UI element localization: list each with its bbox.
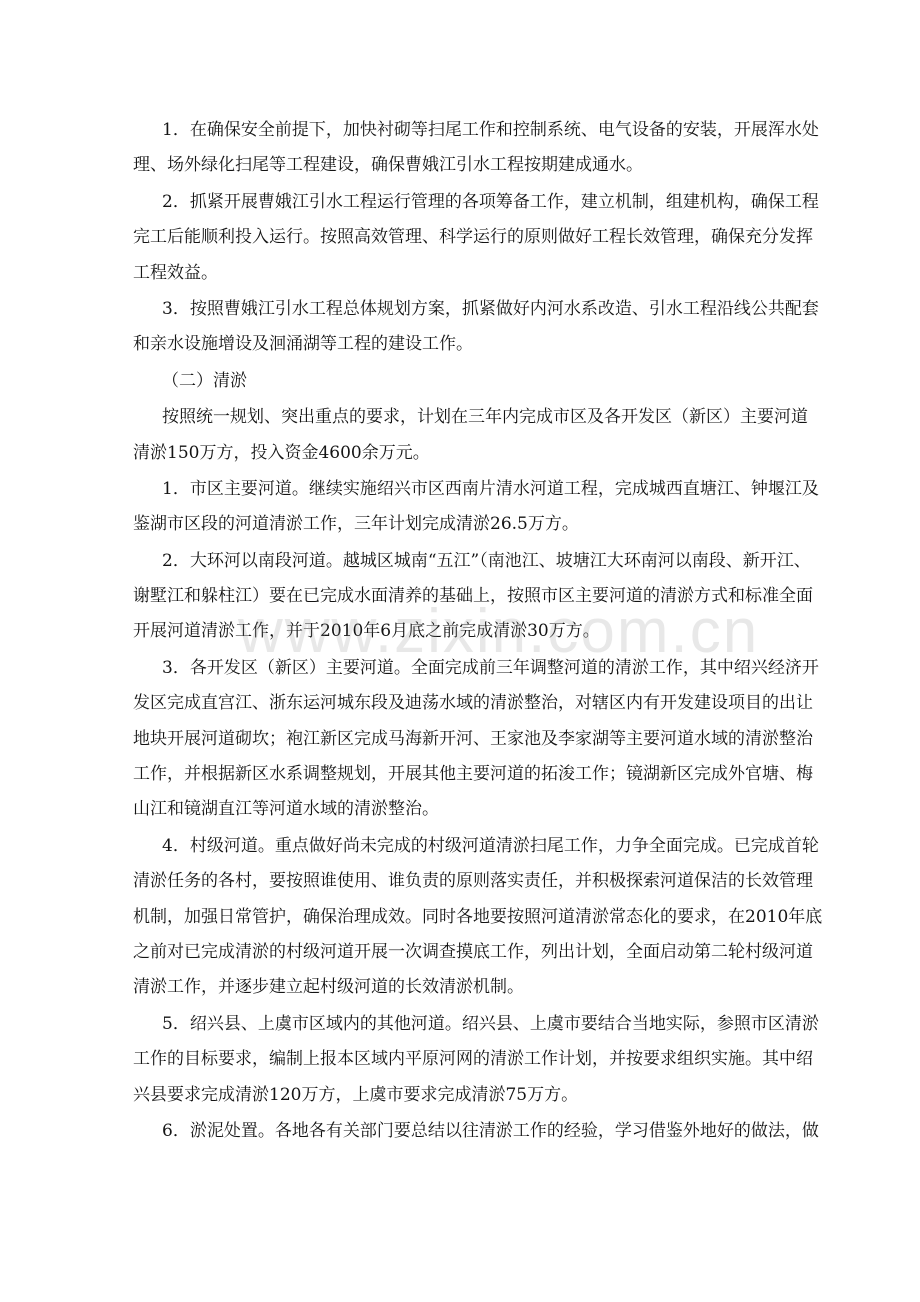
text-line: 3．各开发区（新区）主要河道。全面完成前三年调整河道的清淤工作，其中绍兴经济开 (133, 651, 784, 686)
text-line: 完工后能顺利投入运行。按照高效管理、科学运行的原则做好工程长效管理，确保充分发挥 (133, 220, 784, 255)
text-line: 鉴湖市区段的河道清淤工作，三年计划完成清淤26.5万方。 (133, 507, 784, 542)
text-line: 之前对已完成清淤的村级河道开展一次调查摸底工作，列出计划，全面启动第二轮村级河道 (133, 935, 784, 970)
text-line: 5．绍兴县、上虞市区域内的其他河道。绍兴县、上虞市要结合当地实际，参照市区清淤 (133, 1007, 784, 1042)
paragraph-dredging-item-4: 4．村级河道。重点做好尚未完成的村级河道清淤扫尾工作，力争全面完成。已完成首轮清… (133, 829, 784, 1006)
paragraph-dredging-item-1: 1．市区主要河道。继续实施绍兴市区西南片清水河道工程，完成城西直塘江、钟堰江及鉴… (133, 472, 784, 543)
text-line: 机制，加强日常管护，确保治理成效。同时各地要按照河道清淤常态化的要求，在2010… (133, 900, 784, 935)
paragraph-dredging-item-6: 6．淤泥处置。各地各有关部门要总结以往清淤工作的经验，学习借鉴外地好的做法，做 (133, 1114, 784, 1149)
text-line: 开展河道清淤工作，并于2010年6月底之前完成清淤30万方。 (133, 614, 784, 649)
paragraph-dredging-item-2: 2．大环河以南段河道。越城区城南“五江”（南池江、坡塘江大环南河以南段、新开江、… (133, 544, 784, 650)
paragraph-dredging-item-3: 3．各开发区（新区）主要河道。全面完成前三年调整河道的清淤工作，其中绍兴经济开发… (133, 651, 784, 828)
paragraph-item-3-planning: 3．按照曹娥江引水工程总体规划方案，抓紧做好内河水系改造、引水工程沿线公共配套和… (133, 292, 784, 363)
paragraph-dredging-intro: 按照统一规划、突出重点的要求，计划在三年内完成市区及各开发区（新区）主要河道清淤… (133, 400, 784, 471)
paragraph-dredging-item-5: 5．绍兴县、上虞市区域内的其他河道。绍兴县、上虞市要结合当地实际，参照市区清淤工… (133, 1007, 784, 1113)
text-line: 兴县要求完成清淤120万方，上虞市要求完成清淤75万方。 (133, 1078, 784, 1113)
paragraph-item-1-construction: 1．在确保安全前提下，加快衬砌等扫尾工作和控制系统、电气设备的安装，开展浑水处理… (133, 113, 784, 184)
text-line: 2．抓紧开展曹娥江引水工程运行管理的各项筹备工作，建立机制，组建机构，确保工程 (133, 185, 784, 220)
text-line: 理、场外绿化扫尾等工程建设，确保曹娥江引水工程按期建成通水。 (133, 148, 784, 183)
text-line: 清淤工作，并逐步建立起村级河道的长效清淤机制。 (133, 970, 784, 1005)
text-line: 地块开展河道砌坎；袍江新区完成马海新开河、王家池及李家湖等主要河道水域的清淤整治 (133, 722, 784, 757)
text-line: 4．村级河道。重点做好尚未完成的村级河道清淤扫尾工作，力争全面完成。已完成首轮 (133, 829, 784, 864)
text-line: 工程效益。 (133, 256, 784, 291)
text-line: 山江和镜湖直江等河道水域的清淤整治。 (133, 792, 784, 827)
text-line: 工作，并根据新区水系调整规划，开展其他主要河道的拓浚工作；镜湖新区完成外官塘、梅 (133, 757, 784, 792)
text-line: 工作的目标要求，编制上报本区域内平原河网的清淤工作计划，并按要求组织实施。其中绍 (133, 1042, 784, 1077)
text-line: （二）清淤 (133, 364, 784, 399)
paragraph-section-heading-dredging: （二）清淤 (133, 364, 784, 399)
text-line: 清淤150万方，投入资金4600余万元。 (133, 436, 784, 471)
text-line: 6．淤泥处置。各地各有关部门要总结以往清淤工作的经验，学习借鉴外地好的做法，做 (133, 1114, 784, 1149)
text-line: 发区完成直宫江、浙东运河城东段及迪荡水域的清淤整治，对辖区内有开发建设项目的出让 (133, 686, 784, 721)
document-body: 1．在确保安全前提下，加快衬砌等扫尾工作和控制系统、电气设备的安装，开展浑水处理… (133, 113, 784, 1150)
document-page: 1．在确保安全前提下，加快衬砌等扫尾工作和控制系统、电气设备的安装，开展浑水处理… (0, 0, 920, 1302)
text-line: 1．市区主要河道。继续实施绍兴市区西南片清水河道工程，完成城西直塘江、钟堰江及 (133, 472, 784, 507)
text-line: 谢墅江和躲柱江）要在已完成水面清养的基础上，按照市区主要河道的清淤方式和标准全面 (133, 579, 784, 614)
text-line: 3．按照曹娥江引水工程总体规划方案，抓紧做好内河水系改造、引水工程沿线公共配套 (133, 292, 784, 327)
text-line: 按照统一规划、突出重点的要求，计划在三年内完成市区及各开发区（新区）主要河道 (133, 400, 784, 435)
text-line: 和亲水设施增设及洄涌湖等工程的建设工作。 (133, 327, 784, 362)
text-line: 1．在确保安全前提下，加快衬砌等扫尾工作和控制系统、电气设备的安装，开展浑水处 (133, 113, 784, 148)
text-line: 清淤任务的各村，要按照谁使用、谁负责的原则落实责任，并积极探索河道保洁的长效管理 (133, 864, 784, 899)
text-line: 2．大环河以南段河道。越城区城南“五江”（南池江、坡塘江大环南河以南段、新开江、 (133, 544, 784, 579)
paragraph-item-2-operation: 2．抓紧开展曹娥江引水工程运行管理的各项筹备工作，建立机制，组建机构，确保工程完… (133, 185, 784, 291)
